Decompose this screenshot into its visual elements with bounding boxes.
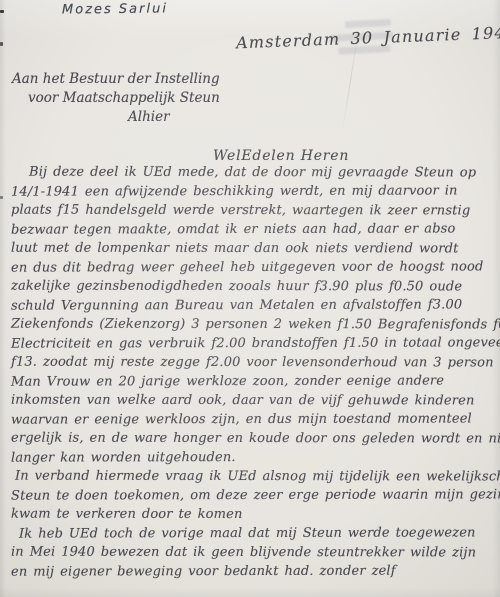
body-line: Ik heb UEd toch de vorige maal dat mij S… xyxy=(11,523,495,543)
body-line: Electriciteit en gas verbruik f2.00 bran… xyxy=(11,333,495,353)
body-line: 14/1-1941 een afwijzende beschikking wer… xyxy=(11,181,495,201)
address-block: Aan het Bestuur der Instelling voor Maat… xyxy=(12,70,220,127)
letter-page: Mozes Sarlui Amsterdam 30 Januarie 1941 … xyxy=(0,0,500,597)
scan-speck xyxy=(0,196,3,199)
body-line: Bij deze deel ik UEd mede, dat de door m… xyxy=(11,163,495,183)
name-annotation: Mozes Sarlui xyxy=(62,1,168,17)
address-line-department: voor Maatschappelijk Steun xyxy=(12,89,220,108)
scan-speck xyxy=(0,42,3,46)
address-line-recipient: Aan het Bestuur der Instelling xyxy=(12,70,220,89)
body-line: inkomsten van welke aard ook, daar van d… xyxy=(11,391,495,411)
body-line: luut met de lompenkar niets maar dan ook… xyxy=(11,239,495,259)
body-line: kwam te verkeren door te komen xyxy=(11,505,495,525)
body-line: in Mei 1940 bewezen dat ik geen blijvend… xyxy=(11,543,495,563)
body-line: Ziekenfonds (Ziekenzorg) 3 personen 2 we… xyxy=(11,315,495,335)
body-line: en dus dit bedrag weer geheel heb uitgeg… xyxy=(11,257,495,277)
body-line: Man Vrouw en 20 jarige werkloze zoon, zo… xyxy=(11,371,495,391)
address-line-city: Alhier xyxy=(12,108,220,127)
body-line: langer kan worden uitgehouden. xyxy=(11,447,495,467)
body-line: f13. zoodat mij reste zegge f2.00 voor l… xyxy=(11,353,495,373)
body-line: Steun te doen toekomen, om deze zeer erg… xyxy=(11,485,495,505)
body-line: schuld Vergunning aan Bureau van Metalen… xyxy=(11,295,495,315)
body-line: en mij eigener beweging voor bedankt had… xyxy=(11,561,495,581)
body-line: waarvan er eenige werkloos zijn, en dus … xyxy=(11,409,495,429)
scan-speck xyxy=(0,10,4,13)
body-line: ergelijk is, en de ware honger en koude … xyxy=(11,429,495,449)
body-line: In verband hiermede vraag ik UEd alsnog … xyxy=(11,467,495,487)
body-line: plaats f15 handelsgeld werde verstrekt, … xyxy=(11,201,495,221)
salutation: WelEdelen Heren xyxy=(213,148,349,164)
body-line: bezwaar tegen maakte, omdat ik er niets … xyxy=(11,219,495,239)
letter-body: Bij deze deel ik UEd mede, dat de door m… xyxy=(11,163,495,581)
body-line: zakelijke gezinsbenodigdheden zooals huu… xyxy=(11,277,495,297)
